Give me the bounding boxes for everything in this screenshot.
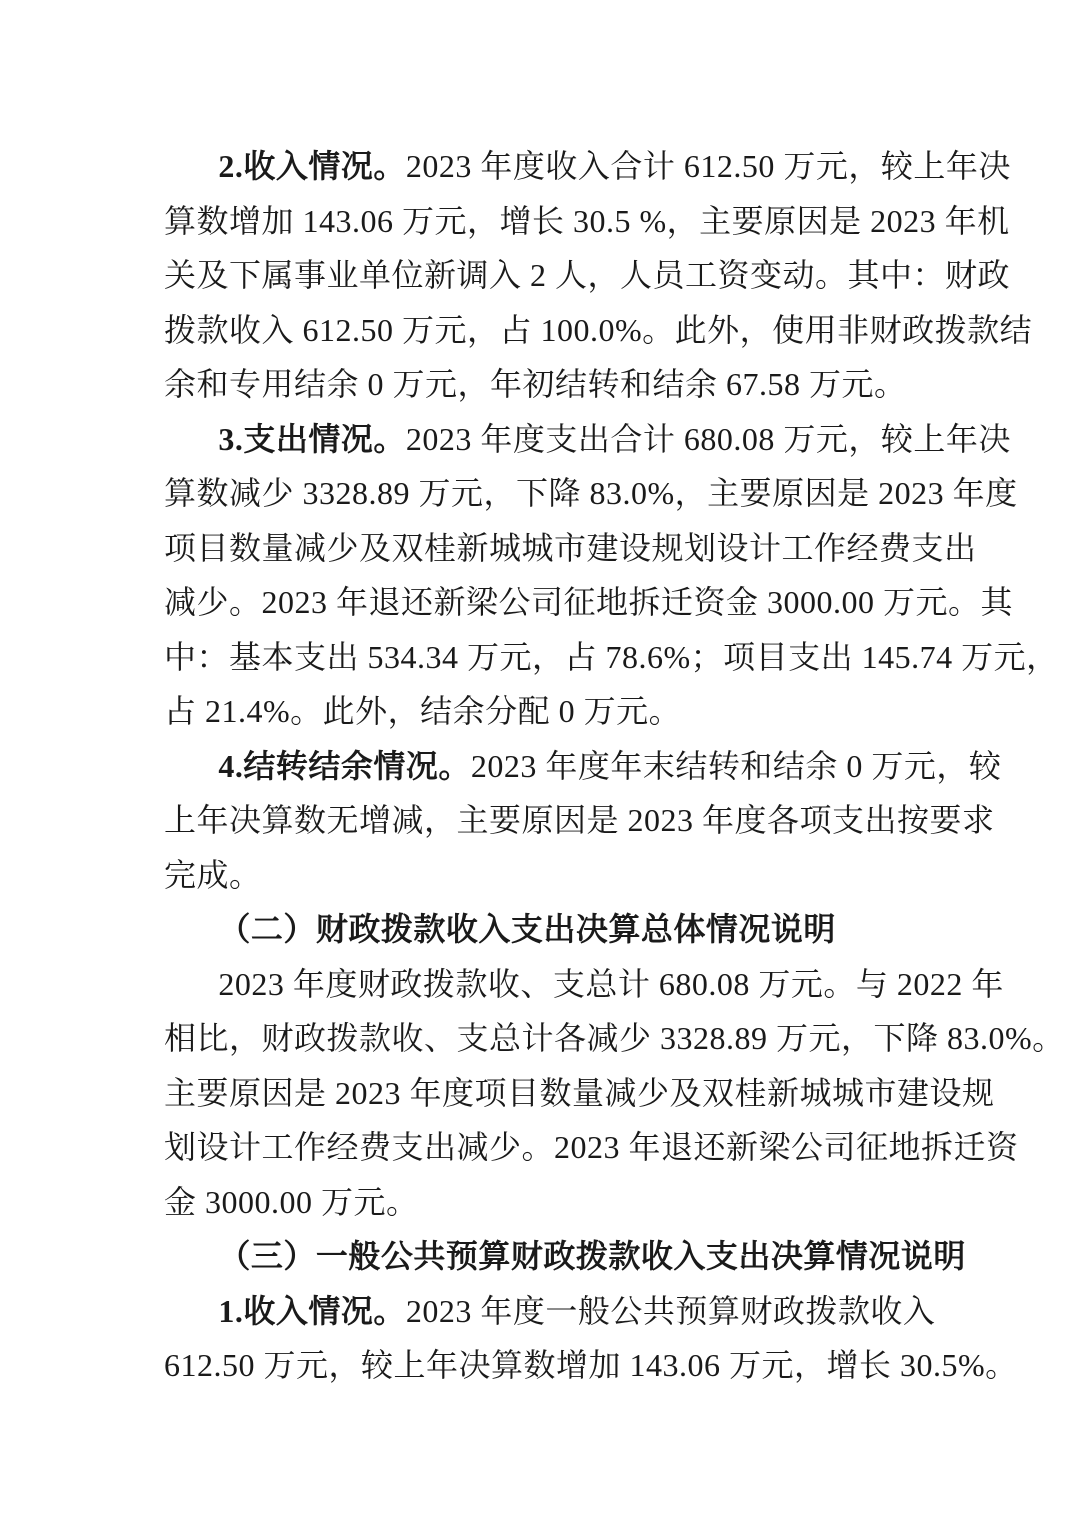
text-line: 余和专用结余 0 万元，年初结转和结余 67.58 万元。 — [164, 357, 912, 412]
paragraph-lead: 1.收入情况。 — [218, 1293, 406, 1329]
text-line: 项目数量减少及双桂新城城市建设规划设计工作经费支出 — [164, 521, 912, 576]
line-text: 拨款收入 612.50 万元，占 100.0%。此外，使用非财政拨款结 — [164, 312, 1032, 348]
line-text: 算数增加 143.06 万元，增长 30.5 %，主要原因是 2023 年机 — [164, 203, 1010, 239]
line-text: 关及下属事业单位新调入 2 人，人员工资变动。其中：财政 — [164, 257, 1010, 293]
line-text: 2023 年度年末结转和结余 0 万元，较 — [471, 748, 1002, 784]
line-text: 金 3000.00 万元。 — [164, 1184, 419, 1220]
text-line: 4.结转结余情况。2023 年度年末结转和结余 0 万元，较 — [164, 739, 912, 794]
line-text: 减少。2023 年退还新梁公司征地拆迁资金 3000.00 万元。其 — [164, 584, 1013, 620]
text-line: 相比，财政拨款收、支总计各减少 3328.89 万元，下降 83.0%。 — [164, 1011, 912, 1066]
line-text: 2023 年度一般公共预算财政拨款收入 — [406, 1293, 936, 1329]
text-line: 关及下属事业单位新调入 2 人，人员工资变动。其中：财政 — [164, 248, 912, 303]
line-text: 完成。 — [164, 857, 262, 893]
line-text: 2023 年度收入合计 612.50 万元，较上年决 — [406, 148, 1011, 184]
line-text: 项目数量减少及双桂新城城市建设规划设计工作经费支出 — [164, 530, 977, 566]
text-line: 612.50 万元，较上年决算数增加 143.06 万元，增长 30.5%。 — [164, 1338, 912, 1393]
section-heading-3: （三）一般公共预算财政拨款收入支出决算情况说明 — [164, 1229, 912, 1284]
text-line: 占 21.4%。此外，结余分配 0 万元。 — [164, 684, 912, 739]
paragraph-lead: 4.结转结余情况。 — [218, 748, 471, 784]
text-line: 中：基本支出 534.34 万元，占 78.6%；项目支出 145.74 万元， — [164, 630, 912, 685]
text-line: 完成。 — [164, 848, 912, 903]
text-line: 算数减少 3328.89 万元，下降 83.0%，主要原因是 2023 年度 — [164, 466, 912, 521]
text-line: 1.收入情况。2023 年度一般公共预算财政拨款收入 — [164, 1284, 912, 1339]
line-text: 划设计工作经费支出减少。2023 年退还新梁公司征地拆迁资 — [164, 1129, 1019, 1165]
text-line: 主要原因是 2023 年度项目数量减少及双桂新城城市建设规 — [164, 1066, 912, 1121]
heading-text: （三）一般公共预算财政拨款收入支出决算情况说明 — [218, 1238, 966, 1274]
text-line: 上年决算数无增减，主要原因是 2023 年度各项支出按要求 — [164, 793, 912, 848]
line-text: 相比，财政拨款收、支总计各减少 3328.89 万元，下降 83.0%。 — [164, 1020, 1065, 1056]
line-text: 中：基本支出 534.34 万元，占 78.6%；项目支出 145.74 万元， — [164, 639, 1059, 675]
text-line: 算数增加 143.06 万元，增长 30.5 %，主要原因是 2023 年机 — [164, 194, 912, 249]
line-text: 主要原因是 2023 年度项目数量减少及双桂新城城市建设规 — [164, 1075, 995, 1111]
section-heading-2: （二）财政拨款收入支出决算总体情况说明 — [164, 902, 912, 957]
text-line: 划设计工作经费支出减少。2023 年退还新梁公司征地拆迁资 — [164, 1120, 912, 1175]
paragraph-lead: 3.支出情况。 — [218, 421, 406, 457]
line-text: 612.50 万元，较上年决算数增加 143.06 万元，增长 30.5%。 — [164, 1347, 1018, 1383]
line-text: 2023 年度支出合计 680.08 万元，较上年决 — [406, 421, 1011, 457]
line-text: 余和专用结余 0 万元，年初结转和结余 67.58 万元。 — [164, 366, 907, 402]
line-text: 上年决算数无增减，主要原因是 2023 年度各项支出按要求 — [164, 802, 995, 838]
line-text: 占 21.4%。此外，结余分配 0 万元。 — [164, 693, 681, 729]
text-line: 金 3000.00 万元。 — [164, 1175, 912, 1230]
text-line: 减少。2023 年退还新梁公司征地拆迁资金 3000.00 万元。其 — [164, 575, 912, 630]
document-page: 2.收入情况。2023 年度收入合计 612.50 万元，较上年决 算数增加 1… — [0, 0, 1074, 1520]
line-text: 2023 年度财政拨款收、支总计 680.08 万元。与 2022 年 — [218, 966, 1004, 1002]
line-text: 算数减少 3328.89 万元，下降 83.0%，主要原因是 2023 年度 — [164, 475, 1018, 511]
text-line: 3.支出情况。2023 年度支出合计 680.08 万元，较上年决 — [164, 412, 912, 467]
text-line: 拨款收入 612.50 万元，占 100.0%。此外，使用非财政拨款结 — [164, 303, 912, 358]
heading-text: （二）财政拨款收入支出决算总体情况说明 — [218, 911, 836, 947]
paragraph-lead: 2.收入情况。 — [218, 148, 406, 184]
report-text-block: 2.收入情况。2023 年度收入合计 612.50 万元，较上年决 算数增加 1… — [164, 139, 912, 1393]
text-line: 2.收入情况。2023 年度收入合计 612.50 万元，较上年决 — [164, 139, 912, 194]
text-line: 2023 年度财政拨款收、支总计 680.08 万元。与 2022 年 — [164, 957, 912, 1012]
